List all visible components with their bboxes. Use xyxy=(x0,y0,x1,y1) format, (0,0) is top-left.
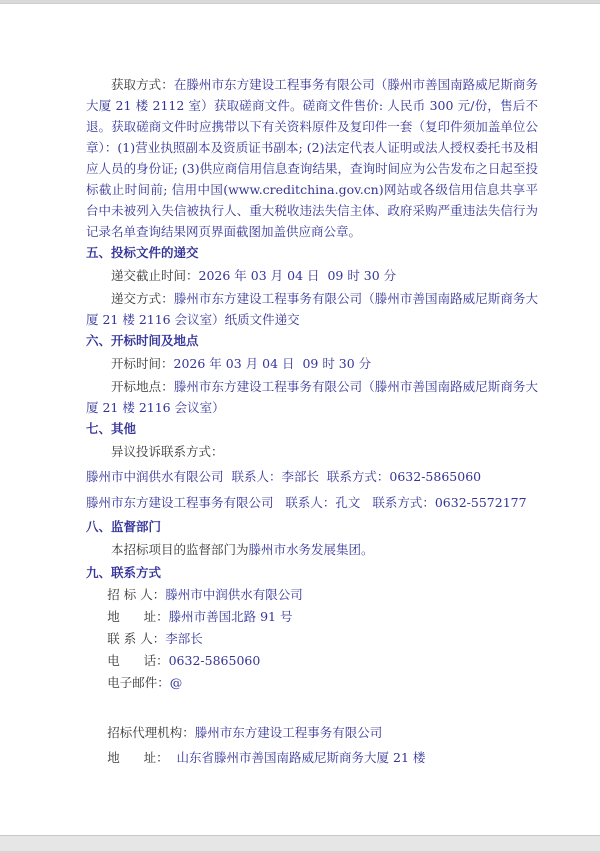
contact-row-person: 联 系 人：李部长 xyxy=(86,628,538,650)
phone-value: 0632-5865060 xyxy=(169,653,261,668)
complaint-contact-2: 滕州市东方建设工程事务有限公司 联系人：孔文 联系方式：0632-5572177 xyxy=(86,490,538,516)
bid-opening-time-value: 2026 年 03 月 04 日 09 时 30 分 xyxy=(174,356,372,371)
phone-label: 电 话： xyxy=(107,653,168,668)
acquisition-label: 获取方式： xyxy=(111,77,174,92)
section6-heading: 六、开标时间及地点 xyxy=(86,330,538,352)
email-value: @ xyxy=(170,675,183,690)
supervisor-value: 滕州市水务发展集团。 xyxy=(249,542,374,557)
complaint-contact-1-text: 滕州市中润供水有限公司 联系人：李部长 联系方式：0632-5865060 xyxy=(86,469,481,484)
agency-address-value: 山东省滕州市善国南路威尼斯商务大厦 21 楼 xyxy=(169,750,426,765)
address-value: 滕州市善国北路 91 号 xyxy=(169,609,293,624)
submission-method-label: 递交方式： xyxy=(111,291,174,306)
acquisition-paragraph: 获取方式：在滕州市东方建设工程事务有限公司（滕州市善国南路威尼斯商务大厦 21 … xyxy=(86,74,538,242)
complaint-contact-2-text: 滕州市东方建设工程事务有限公司 联系人：孔文 联系方式：0632-5572177 xyxy=(86,495,527,510)
contact-row-tenderer: 招 标 人：滕州市中润供水有限公司 xyxy=(86,584,538,606)
email-label: 电子邮件： xyxy=(107,675,170,690)
submission-deadline-value: 2026 年 03 月 04 日 09 时 30 分 xyxy=(199,268,397,283)
contact-row-email: 电子邮件：@ xyxy=(86,672,538,694)
supervisor-label: 本招标项目的监督部门为 xyxy=(111,542,249,557)
supervisor-line: 本招标项目的监督部门为滕州市水务发展集团。 xyxy=(86,538,538,562)
complaint-contact-label-line: 异议投诉联系方式： xyxy=(86,440,538,464)
submission-deadline-line: 递交截止时间：2026 年 03 月 04 日 09 时 30 分 xyxy=(86,264,538,288)
agency-line: 招标代理机构：滕州市东方建设工程事务有限公司 xyxy=(86,720,538,745)
document-page: 获取方式：在滕州市东方建设工程事务有限公司（滕州市善国南路威尼斯商务大厦 21 … xyxy=(0,4,600,835)
complaint-contact-1: 滕州市中润供水有限公司 联系人：李部长 联系方式：0632-5865060 xyxy=(86,464,538,490)
bid-opening-place-line: 开标地点：滕州市东方建设工程事务有限公司（滕州市善国南路威尼斯商务大厦 21 楼… xyxy=(86,376,538,418)
bid-opening-time-line: 开标时间：2026 年 03 月 04 日 09 时 30 分 xyxy=(86,352,538,376)
section7-heading: 七、其他 xyxy=(86,418,538,440)
section8-heading: 八、监督部门 xyxy=(86,516,538,538)
contact-person-label: 联 系 人： xyxy=(107,631,165,646)
acquisition-text: 在滕州市东方建设工程事务有限公司（滕州市善国南路威尼斯商务大厦 21 楼 211… xyxy=(86,77,538,239)
bid-opening-place-label: 开标地点： xyxy=(111,379,174,394)
bid-opening-time-label: 开标时间： xyxy=(111,356,174,371)
contact-row-address: 地 址：滕州市善国北路 91 号 xyxy=(86,606,538,628)
contact-person-value: 李部长 xyxy=(165,631,203,646)
agency-value: 滕州市东方建设工程事务有限公司 xyxy=(195,725,383,740)
section5-heading: 五、投标文件的递交 xyxy=(86,242,538,264)
contact-row-phone: 电 话：0632-5865060 xyxy=(86,650,538,672)
page-bottom-edge xyxy=(0,835,600,853)
address-label: 地 址： xyxy=(107,609,168,624)
agency-label: 招标代理机构： xyxy=(107,725,195,740)
agency-address-label: 地 址： xyxy=(107,750,168,765)
tenderer-label: 招 标 人： xyxy=(107,587,165,602)
tenderer-value: 滕州市中润供水有限公司 xyxy=(165,587,303,602)
section9-heading: 九、联系方式 xyxy=(86,562,538,584)
submission-deadline-label: 递交截止时间： xyxy=(111,268,199,283)
agency-address-line: 地 址： 山东省滕州市善国南路威尼斯商务大厦 21 楼 xyxy=(86,745,538,770)
document-viewer: 获取方式：在滕州市东方建设工程事务有限公司（滕州市善国南路威尼斯商务大厦 21 … xyxy=(0,0,600,853)
submission-method-line: 递交方式：滕州市东方建设工程事务有限公司（滕州市善国南路威尼斯商务大厦 21 楼… xyxy=(86,288,538,330)
complaint-contact-label: 异议投诉联系方式： xyxy=(111,444,224,459)
agency-block: 招标代理机构：滕州市东方建设工程事务有限公司 地 址： 山东省滕州市善国南路威尼… xyxy=(86,720,538,770)
